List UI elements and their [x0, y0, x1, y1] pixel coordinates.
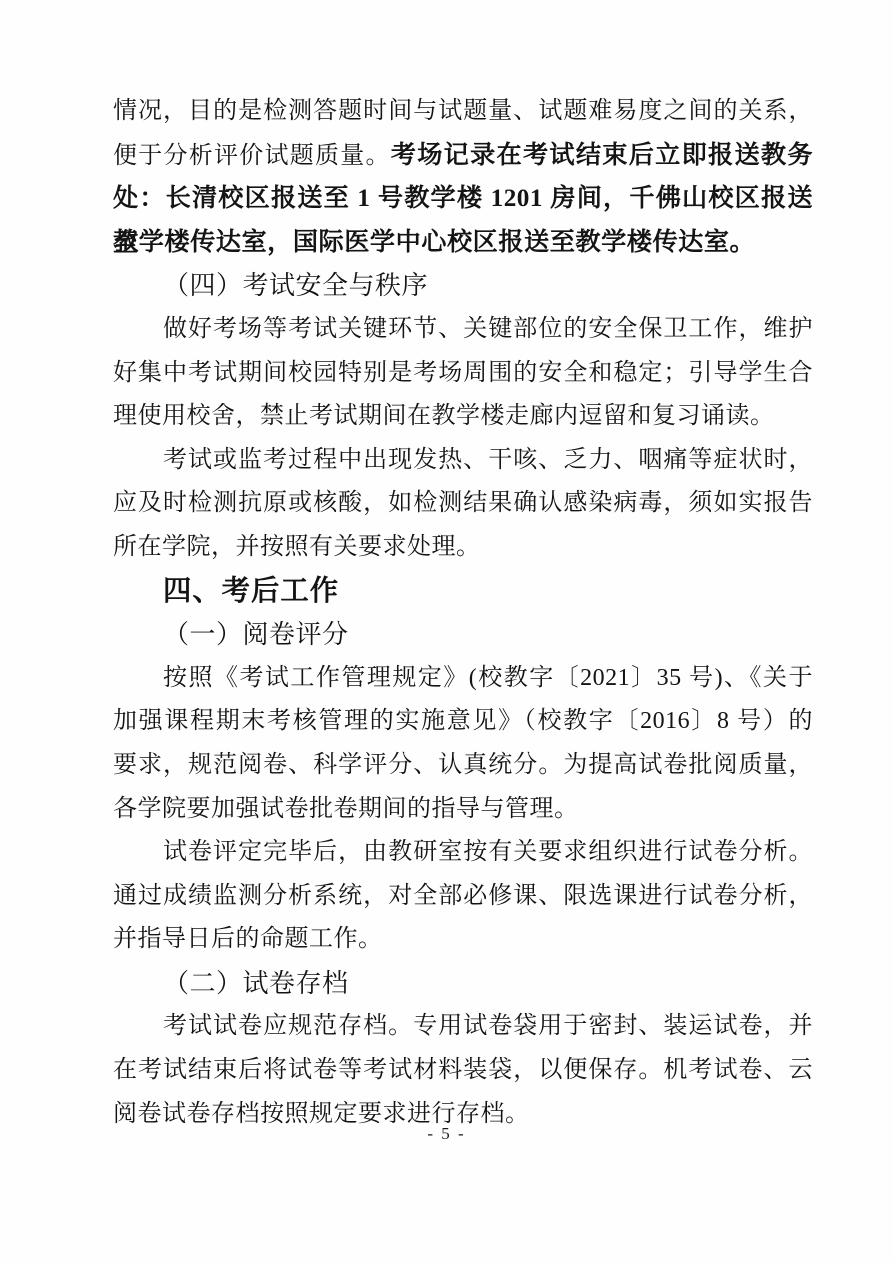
- text-line: 试卷评定完毕后，由教研室按有关要求组织进行试卷分析。: [113, 831, 813, 875]
- page-number: - 5 -: [0, 1124, 893, 1144]
- text-run: 考试或监考过程中出现发热、干咳、乏力、咽痛等症状时，: [163, 447, 813, 473]
- text-run: 各学院要加强试卷批卷期间的指导与管理。: [113, 796, 579, 822]
- text-run: 四、考后工作: [163, 575, 339, 607]
- text-run: 便于分析评价试题质量。: [113, 143, 391, 169]
- text-line: 在考试结束后将试卷等考试材料装袋，以便保存。机考试卷、云: [113, 1049, 813, 1093]
- text-run: 试卷评定完毕后，由教研室按有关要求组织进行试卷分析。: [163, 839, 813, 865]
- text-line: 考试或监考过程中出现发热、干咳、乏力、咽痛等症状时，: [113, 439, 813, 483]
- text-run: 考试试卷应规范存档。专用试卷袋用于密封、装运试卷，并: [163, 1013, 813, 1039]
- text-line: 通过成绩监测分析系统，对全部必修课、限选课进行试卷分析，: [113, 875, 813, 919]
- text-line: 四、考后工作: [113, 570, 813, 614]
- text-run: 按照《考试工作管理规定》(校教字〔2021〕35 号)、《关于: [163, 665, 813, 691]
- text-run: 在考试结束后将试卷等考试材料装袋，以便保存。机考试卷、云: [113, 1057, 813, 1083]
- text-run: （二）试卷存档: [163, 969, 349, 998]
- text-line: 理使用校舍，禁止考试期间在教学楼走廊内逗留和复习诵读。: [113, 395, 813, 439]
- text-run: 阅卷试卷存档按照规定要求进行存档。: [113, 1101, 530, 1127]
- text-run: （四）考试安全与秩序: [163, 271, 428, 300]
- text-run: 考场记录在考试结束后立即报送教务: [391, 142, 813, 169]
- text-line: 各学院要加强试卷批卷期间的指导与管理。: [113, 788, 813, 832]
- text-line: 考试试卷应规范存档。专用试卷袋用于密封、装运试卷，并: [113, 1005, 813, 1049]
- text-line: （二）试卷存档: [113, 962, 813, 1006]
- text-line: 加强课程期末考核管理的实施意见》（校教字〔2016〕8 号）的: [113, 700, 813, 744]
- text-line: 情况，目的是检测答题时间与试题量、试题难易度之间的关系，: [113, 90, 813, 134]
- text-run: 要求，规范阅卷、科学评分、认真统分。为提高试卷批阅质量，: [113, 752, 813, 778]
- text-line: 好集中考试期间校园特别是考场周围的安全和稳定；引导学生合: [113, 352, 813, 396]
- text-run: 加强课程期末考核管理的实施意见》（校教字〔2016〕8 号）的: [113, 708, 813, 734]
- text-line: （一）阅卷评分: [113, 613, 813, 657]
- text-run: 做好考场等考试关键环节、关键部位的安全保卫工作，维护: [163, 316, 813, 342]
- text-run: （一）阅卷评分: [163, 620, 349, 649]
- document-page: 情况，目的是检测答题时间与试题量、试题难易度之间的关系，便于分析评价试题质量。考…: [0, 0, 893, 1263]
- text-run: 所在学院，并按照有关要求处理。: [113, 534, 481, 560]
- document-body: 情况，目的是检测答题时间与试题量、试题难易度之间的关系，便于分析评价试题质量。考…: [113, 90, 813, 1136]
- text-run: 教学楼传达室，国际医学中心校区报送至教学楼传达室。: [113, 229, 755, 256]
- text-run: 理使用校舍，禁止考试期间在教学楼走廊内逗留和复习诵读。: [113, 403, 775, 429]
- text-run: 好集中考试期间校园特别是考场周围的安全和稳定；引导学生合: [113, 360, 813, 386]
- text-line: 所在学院，并按照有关要求处理。: [113, 526, 813, 570]
- text-line: 按照《考试工作管理规定》(校教字〔2021〕35 号)、《关于: [113, 657, 813, 701]
- text-line: 处：长清校区报送至 1 号教学楼 1201 房间，千佛山校区报送至: [113, 177, 813, 221]
- text-line: 教学楼传达室，国际医学中心校区报送至教学楼传达室。: [113, 221, 813, 265]
- text-line: 做好考场等考试关键环节、关键部位的安全保卫工作，维护: [113, 308, 813, 352]
- text-run: 应及时检测抗原或核酸，如检测结果确认感染病毒，须如实报告: [113, 490, 813, 516]
- text-line: （四）考试安全与秩序: [113, 264, 813, 308]
- text-run: 并指导日后的命题工作。: [113, 926, 383, 952]
- text-line: 应及时检测抗原或核酸，如检测结果确认感染病毒，须如实报告: [113, 482, 813, 526]
- text-line: 并指导日后的命题工作。: [113, 918, 813, 962]
- text-run: 通过成绩监测分析系统，对全部必修课、限选课进行试卷分析，: [113, 883, 813, 909]
- text-line: 要求，规范阅卷、科学评分、认真统分。为提高试卷批阅质量，: [113, 744, 813, 788]
- text-line: 便于分析评价试题质量。考场记录在考试结束后立即报送教务: [113, 134, 813, 178]
- text-run: 情况，目的是检测答题时间与试题量、试题难易度之间的关系，: [113, 98, 813, 124]
